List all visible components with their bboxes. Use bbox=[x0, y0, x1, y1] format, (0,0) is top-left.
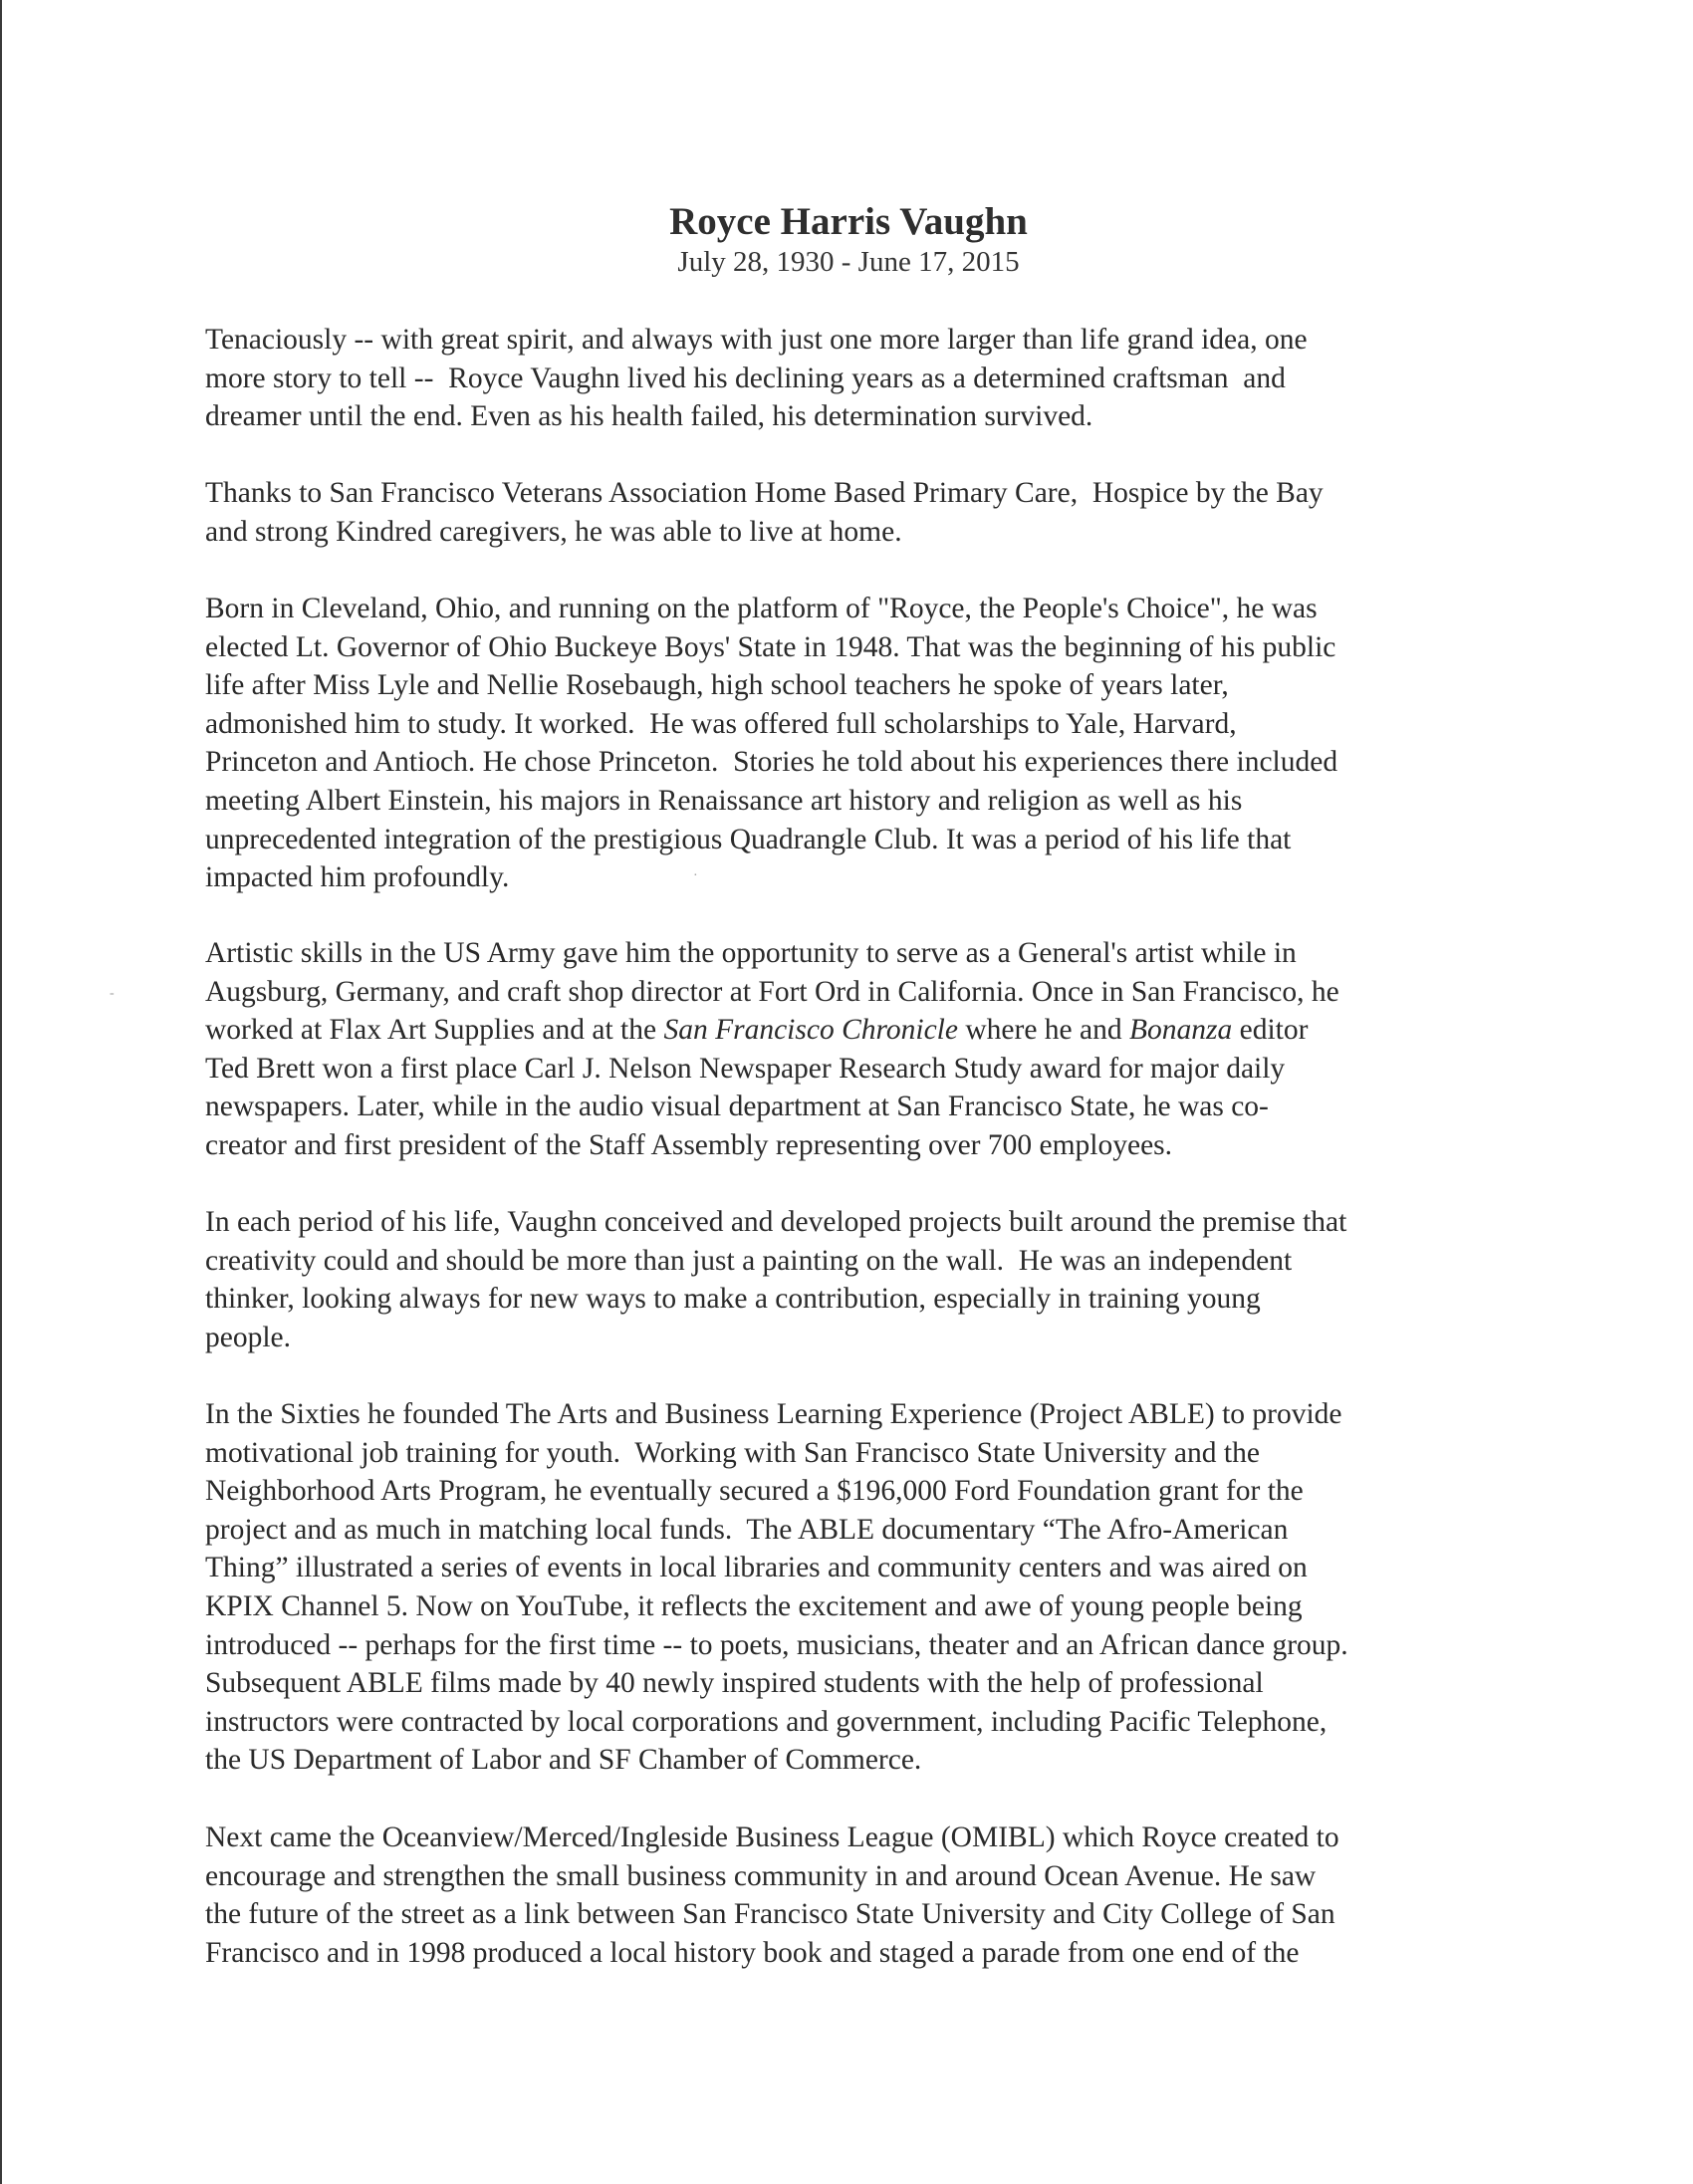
text-line: more story to tell -- Royce Vaughn lived… bbox=[205, 360, 1520, 398]
text-line: project and as much in matching local fu… bbox=[205, 1511, 1520, 1550]
text-line: Subsequent ABLE films made by 40 newly i… bbox=[205, 1664, 1520, 1703]
paragraph-care: Thanks to San Francisco Veterans Associa… bbox=[205, 474, 1520, 551]
text-line: Born in Cleveland, Ohio, and running on … bbox=[205, 590, 1520, 628]
text-line: Ted Brett won a first place Carl J. Nels… bbox=[205, 1050, 1520, 1089]
text-line: Augsburg, Germany, and craft shop direct… bbox=[205, 973, 1520, 1012]
text-line: Thing” illustrated a series of events in… bbox=[205, 1549, 1520, 1587]
text-run: where he and bbox=[958, 1014, 1129, 1046]
text-line: thinker, looking always for new ways to … bbox=[205, 1280, 1520, 1319]
life-dates: July 28, 1930 - June 17, 2015 bbox=[2, 245, 1693, 279]
text-line: dreamer until the end. Even as his healt… bbox=[205, 397, 1520, 436]
paragraph-omibl: Next came the Oceanview/Merced/Ingleside… bbox=[205, 1819, 1520, 1972]
text-line: encourage and strengthen the small busin… bbox=[205, 1857, 1520, 1896]
paragraph-intro: Tenaciously -- with great spirit, and al… bbox=[205, 321, 1520, 436]
scanned-document-page: Royce Harris Vaughn July 28, 1930 - June… bbox=[0, 0, 1693, 2184]
paragraph-project-able: In the Sixties he founded The Arts and B… bbox=[205, 1395, 1520, 1780]
text-line: newspapers. Later, while in the audio vi… bbox=[205, 1088, 1520, 1126]
text-line: In each period of his life, Vaughn conce… bbox=[205, 1203, 1520, 1242]
text-line: impacted him profoundly. bbox=[205, 858, 1520, 897]
text-line: Artistic skills in the US Army gave him … bbox=[205, 934, 1520, 973]
text-line: Neighborhood Arts Program, he eventually… bbox=[205, 1472, 1520, 1511]
text-line: creativity could and should be more than… bbox=[205, 1242, 1520, 1281]
text-line: KPIX Channel 5. Now on YouTube, it refle… bbox=[205, 1587, 1520, 1626]
paragraph-philosophy: In each period of his life, Vaughn conce… bbox=[205, 1203, 1520, 1356]
text-line: and strong Kindred caregivers, he was ab… bbox=[205, 513, 1520, 552]
text-line: In the Sixties he founded The Arts and B… bbox=[205, 1395, 1520, 1434]
text-line: Francisco and in 1998 produced a local h… bbox=[205, 1934, 1520, 1973]
text-line: Princeton and Antioch. He chose Princeto… bbox=[205, 743, 1520, 782]
publication-title-italic: Bonanza bbox=[1129, 1014, 1232, 1046]
text-line: the US Department of Labor and SF Chambe… bbox=[205, 1741, 1520, 1780]
text-line: instructors were contracted by local cor… bbox=[205, 1703, 1520, 1742]
text-line: admonished him to study. It worked. He w… bbox=[205, 705, 1520, 744]
text-line: elected Lt. Governor of Ohio Buckeye Boy… bbox=[205, 628, 1520, 667]
text-line: unprecedented integration of the prestig… bbox=[205, 821, 1520, 859]
text-line: motivational job training for youth. Wor… bbox=[205, 1434, 1520, 1473]
text-line: people. bbox=[205, 1319, 1520, 1357]
text-line: introduced -- perhaps for the first time… bbox=[205, 1626, 1520, 1665]
text-line: Tenaciously -- with great spirit, and al… bbox=[205, 321, 1520, 360]
text-run: worked at Flax Art Supplies and at the bbox=[205, 1014, 663, 1046]
scan-speck: · bbox=[693, 868, 698, 884]
text-line: Thanks to San Francisco Veterans Associa… bbox=[205, 474, 1520, 513]
text-line: the future of the street as a link betwe… bbox=[205, 1895, 1520, 1934]
paragraph-early-life: Born in Cleveland, Ohio, and running on … bbox=[205, 590, 1520, 897]
text-line: Next came the Oceanview/Merced/Ingleside… bbox=[205, 1819, 1520, 1857]
page-title: Royce Harris Vaughn bbox=[2, 199, 1693, 245]
newspaper-title-italic: San Francisco Chronicle bbox=[663, 1014, 958, 1046]
text-run: editor bbox=[1232, 1014, 1308, 1046]
text-line: creator and first president of the Staff… bbox=[205, 1126, 1520, 1165]
text-line: meeting Albert Einstein, his majors in R… bbox=[205, 782, 1520, 821]
paragraph-army-career: Artistic skills in the US Army gave him … bbox=[205, 934, 1520, 1165]
text-line: life after Miss Lyle and Nellie Rosebaug… bbox=[205, 666, 1520, 705]
text-line-with-italics: worked at Flax Art Supplies and at the S… bbox=[205, 1011, 1520, 1050]
scan-speck: - bbox=[110, 986, 115, 1002]
